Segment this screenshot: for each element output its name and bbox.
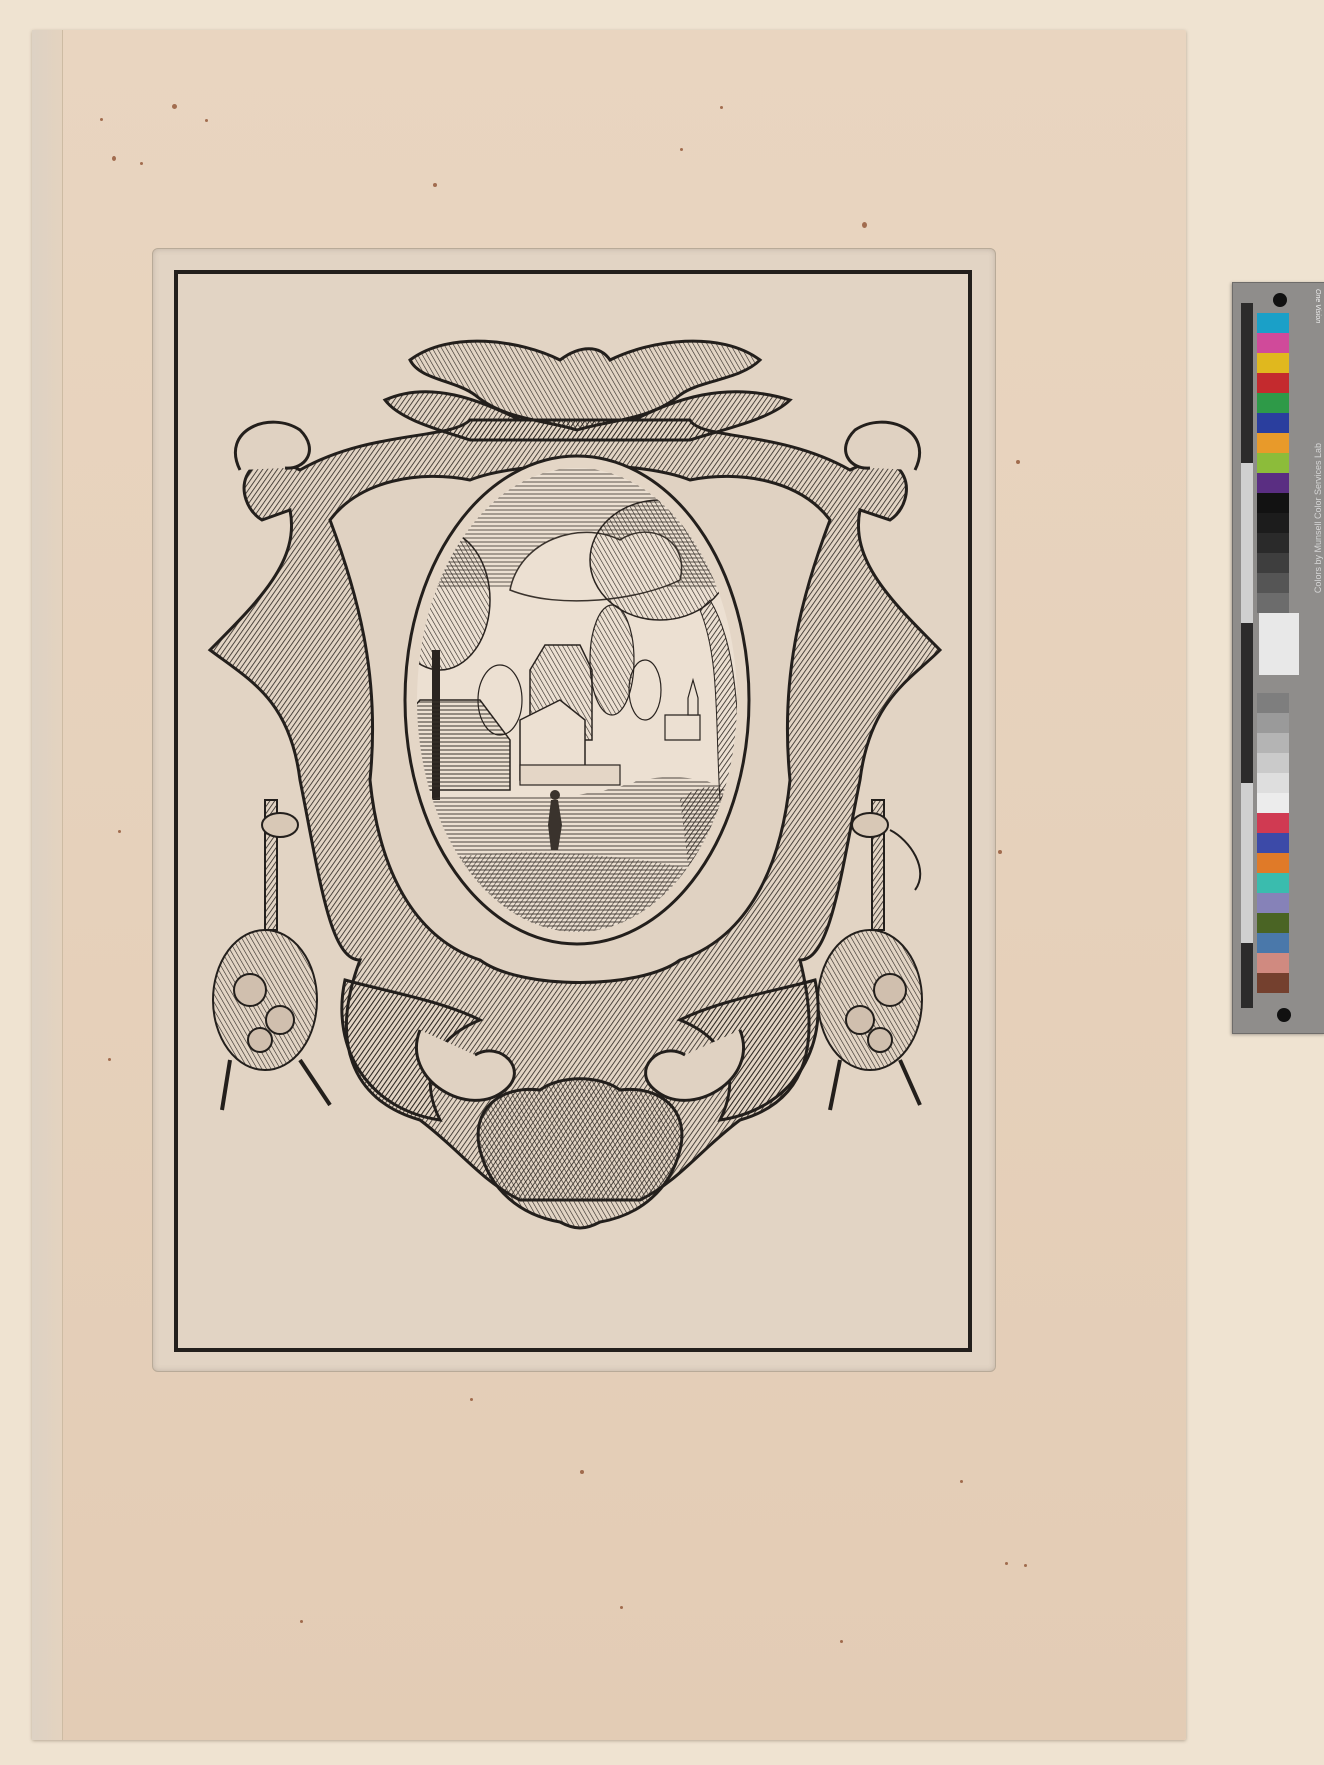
grey-scale-card [1259,613,1299,675]
target-hole-bottom [1277,1008,1291,1022]
target-hole-top [1273,293,1287,307]
swatch-10 [1257,793,1289,813]
swatch-25 [1257,413,1289,433]
swatch-7 [1257,853,1289,873]
swatch-1 [1257,973,1289,993]
swatch-3 [1257,933,1289,953]
swatch-5 [1257,893,1289,913]
swatch-26 [1257,393,1289,413]
swatch-20 [1257,513,1289,533]
swatch-22 [1257,473,1289,493]
swatch-17 [1257,573,1289,593]
swatch-8 [1257,833,1289,853]
swatch-18 [1257,553,1289,573]
target-signature: One Vision [1314,289,1321,323]
swatch-12 [1257,753,1289,773]
swatch-24 [1257,433,1289,453]
swatch-30 [1257,313,1289,333]
swatch-4 [1257,913,1289,933]
inch-ruler [1241,303,1253,1008]
color-calibration-target: One Vision Colors by Munsell C [1232,282,1324,1034]
swatch-16 [1257,593,1289,613]
swatch-2 [1257,953,1289,973]
target-brand-label: Colors by Munsell Color Services Lab [1313,443,1323,593]
swatch-9 [1257,813,1289,833]
swatch-29 [1257,333,1289,353]
swatch-13 [1257,733,1289,753]
swatch-11 [1257,773,1289,793]
swatch-6 [1257,873,1289,893]
cartouche-engraving [0,0,1324,1765]
swatch-23 [1257,453,1289,473]
swatch-27 [1257,373,1289,393]
swatch-14 [1257,713,1289,733]
swatch-19 [1257,533,1289,553]
swatch-21 [1257,493,1289,513]
swatch-28 [1257,353,1289,373]
swatch-column-bottom [1257,693,1289,993]
swatch-column-top [1257,313,1289,613]
swatch-15 [1257,693,1289,713]
